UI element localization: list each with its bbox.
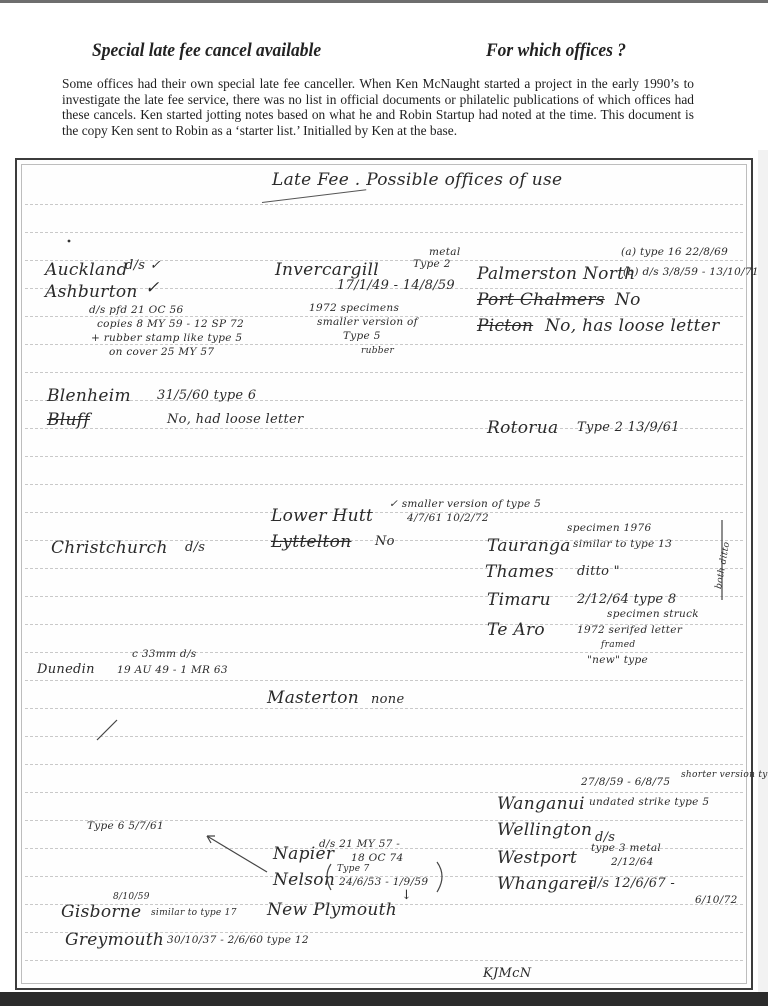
- ruled-line: [25, 960, 743, 961]
- initials: KJMcN: [483, 966, 531, 981]
- office-palmerston-north: Palmerston North: [477, 264, 636, 284]
- office-christchurch: Christchurch: [51, 538, 168, 558]
- office-te-aro: Te Aro: [487, 620, 545, 640]
- westport-note: 2/12/64: [611, 856, 654, 868]
- office-port-chalmers: Port Chalmers: [477, 290, 605, 310]
- napier-note: 18 OC 74: [351, 852, 403, 864]
- lower-hutt-note: ✓ smaller version of type 5: [389, 498, 541, 510]
- intro-paragraph: Some offices had their own special late …: [62, 76, 694, 138]
- office-whangarei: Whangarei: [497, 874, 594, 894]
- ruled-line: [25, 764, 743, 765]
- office-new-plymouth: New Plymouth: [267, 900, 397, 920]
- page-title: Special late fee cancel available: [92, 40, 321, 62]
- invercargill-detail: Type 5: [343, 330, 381, 342]
- invercargill-dates: 17/1/49 - 14/8/59: [337, 278, 455, 293]
- whangarei-note: 6/10/72: [695, 894, 738, 906]
- invercargill-type-note: metal: [429, 246, 461, 258]
- scan-edge: [0, 0, 768, 3]
- lyttelton-note: No: [375, 534, 395, 549]
- tauranga-note: specimen 1976: [567, 522, 651, 534]
- gisborne-note: similar to type 17: [151, 908, 237, 918]
- ruled-line: [25, 568, 743, 569]
- dunedin-note: c 33mm d/s: [132, 648, 196, 660]
- page-subtitle: For which offices ?: [486, 40, 626, 62]
- timaru-note: 2/12/64 type 8: [577, 592, 676, 607]
- office-picton: Picton: [477, 316, 533, 336]
- office-tauranga: Tauranga: [487, 536, 571, 556]
- ruled-line: [25, 344, 743, 345]
- christchurch-note: d/s: [185, 540, 205, 555]
- auckland-note: d/s ✓: [125, 258, 161, 273]
- type6-note: Type 6 5/7/61: [87, 820, 164, 832]
- ashburton-detail: d/s pfd 21 OC 56: [89, 304, 184, 316]
- office-thames: Thames: [485, 562, 554, 582]
- port-chalmers-note: No: [615, 290, 641, 310]
- te-aro-note: specimen struck: [607, 608, 699, 620]
- ruled-line: [25, 232, 743, 233]
- wanganui-note: undated strike type 5: [589, 796, 709, 808]
- office-lyttelton: Lyttelton: [271, 532, 351, 552]
- dunedin-note: 19 AU 49 - 1 MR 63: [117, 664, 228, 676]
- office-lower-hutt: Lower Hutt: [271, 506, 373, 526]
- ruled-line: [25, 680, 743, 681]
- nelson-note: Type 7: [337, 864, 370, 874]
- gisborne-note: 8/10/59: [113, 892, 150, 902]
- invercargill-detail: rubber: [361, 346, 394, 356]
- tauranga-note: similar to type 13: [573, 538, 672, 550]
- ashburton-detail: on cover 25 MY 57: [109, 346, 214, 358]
- office-greymouth: Greymouth: [65, 930, 164, 950]
- lower-hutt-dates: 4/7/61 10/2/72: [407, 512, 489, 524]
- ruled-line: [25, 484, 743, 485]
- te-aro-note: 1972 serifed letter: [577, 624, 682, 636]
- handwritten-sheet: Late Fee . Possible offices of use Auckl…: [15, 158, 753, 990]
- wanganui-dates: 27/8/59 - 6/8/75: [581, 776, 670, 788]
- scan-margin: [758, 150, 768, 1006]
- rotorua-note: Type 2 13/9/61: [577, 420, 680, 435]
- palmerston-note-a: (a) type 16 22/8/69: [621, 246, 728, 258]
- office-invercargill: Invercargill: [275, 260, 379, 280]
- office-napier: Napier: [273, 844, 334, 864]
- scan-edge-bottom: [0, 992, 768, 1006]
- ruled-line: [25, 708, 743, 709]
- notes-title: Late Fee . Possible offices of use: [272, 170, 562, 190]
- westport-note: type 3 metal: [591, 842, 661, 854]
- office-auckland: Auckland: [45, 260, 128, 280]
- ruled-line: [25, 372, 743, 373]
- te-aro-note: framed: [601, 640, 635, 650]
- office-nelson: Nelson: [273, 870, 335, 890]
- ruled-line: [25, 736, 743, 737]
- ashburton-check: ✓: [145, 278, 160, 298]
- wanganui-side: shorter version type: [681, 770, 768, 780]
- office-blenheim: Blenheim: [47, 386, 131, 406]
- ruled-line: [25, 512, 743, 513]
- new-plymouth-arrow: ↓: [401, 888, 412, 903]
- office-westport: Westport: [497, 848, 577, 868]
- office-rotorua: Rotorua: [487, 418, 558, 438]
- masterton-note: none: [371, 692, 404, 707]
- office-bluff: Bluff: [47, 410, 90, 430]
- invercargill-detail: 1972 specimens: [309, 302, 399, 314]
- invercargill-type: Type 2: [413, 258, 451, 270]
- ruled-line: [25, 792, 743, 793]
- whangarei-note: d/s 12/6/67 -: [589, 876, 675, 891]
- ruled-line: [25, 456, 743, 457]
- office-gisborne: Gisborne: [61, 902, 141, 922]
- office-ashburton: Ashburton: [45, 282, 138, 302]
- ashburton-detail: + rubber stamp like type 5: [91, 332, 242, 344]
- office-dunedin: Dunedin: [37, 662, 95, 677]
- bluff-note: No, had loose letter: [167, 412, 304, 427]
- palmerston-note-b: (b) d/s 3/8/59 - 13/10/71: [623, 266, 759, 278]
- te-aro-note: "new" type: [587, 654, 648, 666]
- nelson-note: 24/6/53 - 1/9/59: [339, 876, 428, 888]
- thames-note: ditto ": [577, 564, 620, 579]
- picton-note: No, has loose letter: [545, 316, 720, 336]
- ruled-line: [25, 204, 743, 205]
- invercargill-detail: smaller version of: [317, 316, 418, 328]
- office-wellington: Wellington: [497, 820, 592, 840]
- office-timaru: Timaru: [487, 590, 551, 610]
- ruled-line: [25, 400, 743, 401]
- greymouth-note: 30/10/37 - 2/6/60 type 12: [167, 934, 309, 946]
- office-masterton: Masterton: [267, 688, 359, 708]
- office-wanganui: Wanganui: [497, 794, 585, 814]
- blenheim-note: 31/5/60 type 6: [157, 388, 256, 403]
- ashburton-detail: copies 8 MY 59 - 12 SP 72: [97, 318, 244, 330]
